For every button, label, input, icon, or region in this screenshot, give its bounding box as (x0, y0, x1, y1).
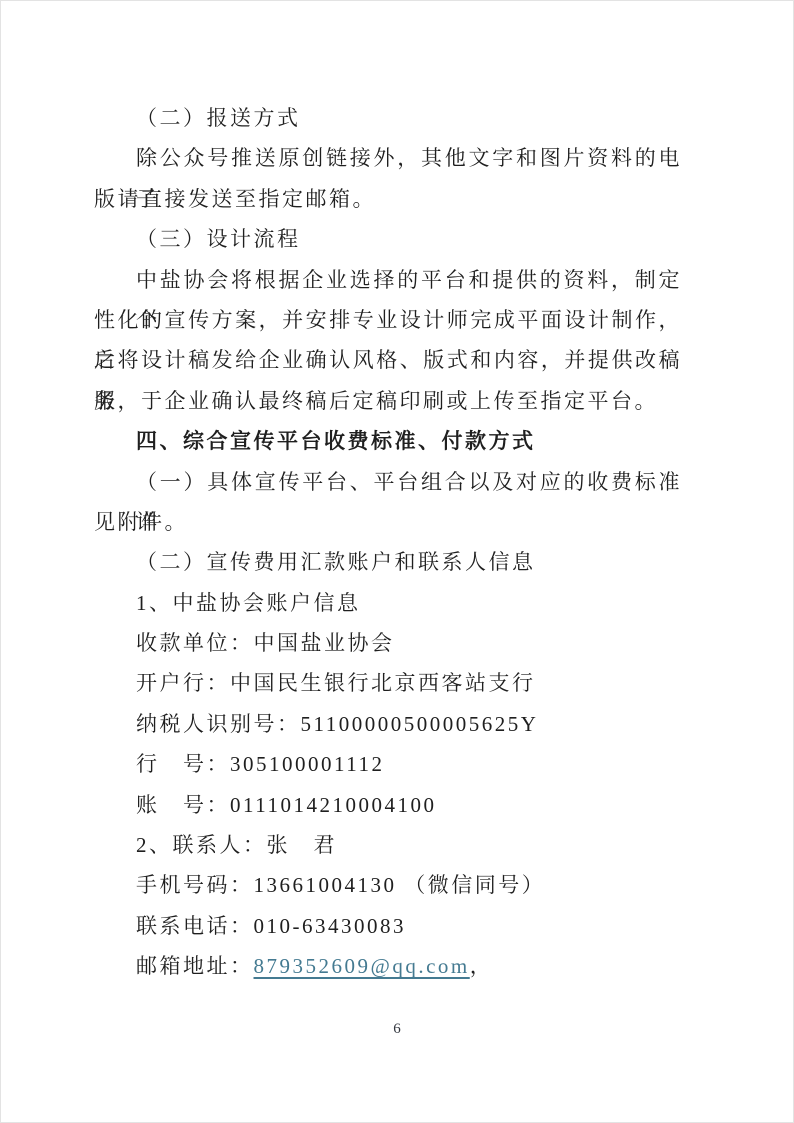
text-segment: 邮箱地址： (136, 954, 254, 978)
text-line: 性化的宣传方案，并安排专业设计师完成平面设计制作，之 (94, 300, 682, 340)
text-line: （一）具体宣传平台、平台组合以及对应的收费标准详 (94, 462, 682, 502)
text-segment: 手机号码：13661004130 （微信同号） (136, 873, 545, 897)
document-page: （二）报送方式除公众号推送原创链接外，其他文字和图片资料的电子版请直接发送至指定… (0, 0, 794, 1123)
text-segment: 1、中盐协会账户信息 (136, 591, 361, 615)
text-line: （三）设计流程 (94, 219, 682, 259)
text-line: 四、综合宣传平台收费标准、付款方式 (94, 421, 682, 461)
text-segment: 版请直接发送至指定邮箱。 (94, 187, 376, 211)
text-line: （二）宣传费用汇款账户和联系人信息 (94, 542, 682, 582)
text-line: 账 号：0111014210004100 (94, 785, 682, 825)
text-segment: （三）设计流程 (136, 227, 301, 251)
text-line: 务，于企业确认最终稿后定稿印刷或上传至指定平台。 (94, 381, 682, 421)
text-line: 邮箱地址：879352609@qq.com， (94, 946, 682, 986)
text-segment: 纳税人识别号：51100000500005625Y (136, 712, 538, 736)
text-line: 版请直接发送至指定邮箱。 (94, 179, 682, 219)
text-line: 联系电话：010-63430083 (94, 906, 682, 946)
text-segment: 行 号：305100001112 (136, 752, 384, 776)
text-line: 手机号码：13661004130 （微信同号） (94, 865, 682, 905)
text-segment: （二）宣传费用汇款账户和联系人信息 (136, 550, 536, 574)
text-line: 纳税人识别号：51100000500005625Y (94, 704, 682, 744)
page-number: 6 (393, 1021, 401, 1037)
text-segment: 见附件。 (94, 510, 188, 534)
text-line: 开户行：中国民生银行北京西客站支行 (94, 663, 682, 703)
text-segment: 开户行：中国民生银行北京西客站支行 (136, 671, 536, 695)
text-line: 除公众号推送原创链接外，其他文字和图片资料的电子 (94, 138, 682, 178)
text-line: 收款单位：中国盐业协会 (94, 623, 682, 663)
text-segment: ， (470, 954, 494, 978)
text-line: 见附件。 (94, 502, 682, 542)
text-segment: 务，于企业确认最终稿后定稿印刷或上传至指定平台。 (94, 389, 658, 413)
text-segment: 收款单位：中国盐业协会 (136, 631, 395, 655)
document-body: （二）报送方式除公众号推送原创链接外，其他文字和图片资料的电子版请直接发送至指定… (94, 98, 682, 987)
text-line: 1、中盐协会账户信息 (94, 583, 682, 623)
text-segment: （二）报送方式 (136, 106, 301, 130)
text-segment: 2、联系人：张 君 (136, 833, 337, 857)
text-line: 行 号：305100001112 (94, 744, 682, 784)
text-segment: 账 号：0111014210004100 (136, 793, 436, 817)
page-footer: 6 (1, 1019, 793, 1039)
text-line: 2、联系人：张 君 (94, 825, 682, 865)
text-segment: 联系电话：010-63430083 (136, 914, 406, 938)
text-segment: 四、综合宣传平台收费标准、付款方式 (136, 429, 536, 453)
text-line: （二）报送方式 (94, 98, 682, 138)
text-line: 中盐协会将根据企业选择的平台和提供的资料，制定个 (94, 260, 682, 300)
email-link[interactable]: 879352609@qq.com (254, 954, 470, 978)
text-line: 后将设计稿发给企业确认风格、版式和内容，并提供改稿服 (94, 340, 682, 380)
